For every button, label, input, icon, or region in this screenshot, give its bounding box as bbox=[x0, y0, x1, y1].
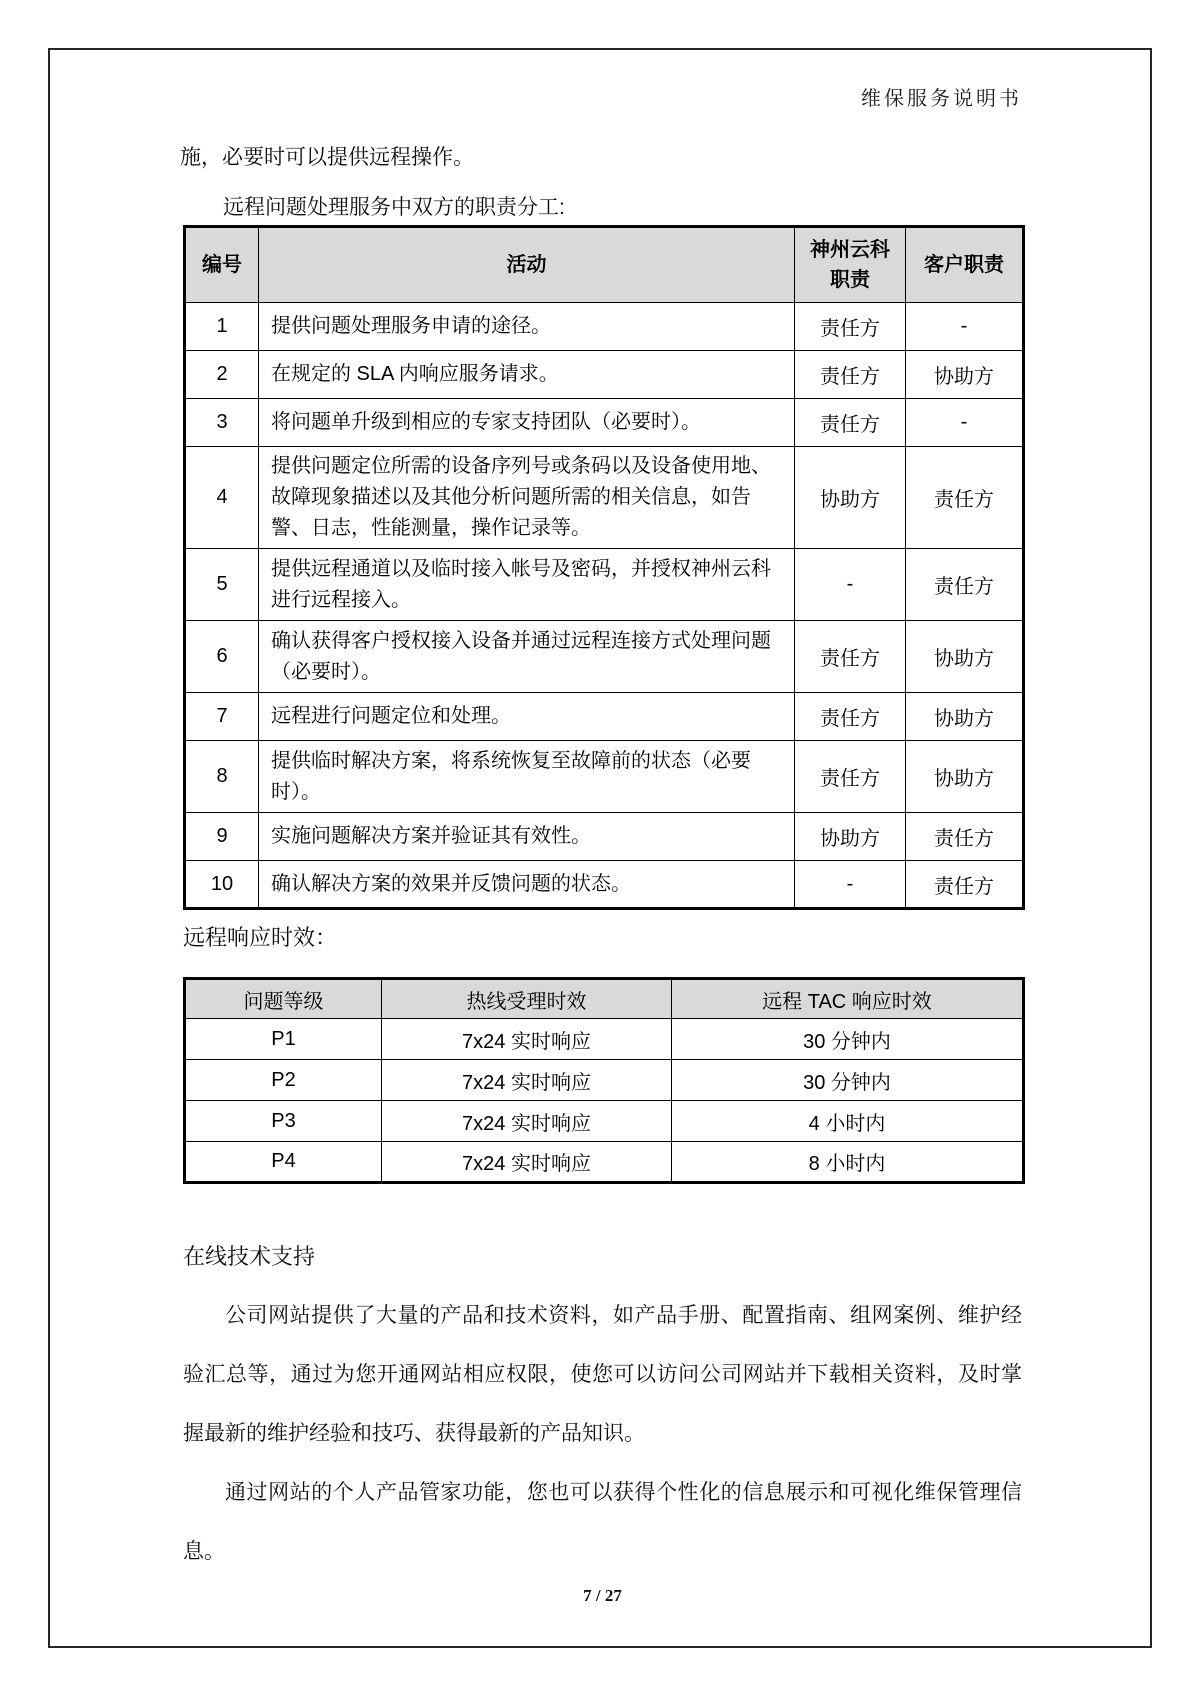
responsibility-row: 6 确认获得客户授权接入设备并通过远程连接方式处理问题（必要时）。 责任方 协助… bbox=[185, 621, 1024, 693]
row-number-cell: 9 bbox=[185, 813, 259, 861]
hotline-cell: 7x24 实时响应 bbox=[382, 1101, 672, 1142]
customer-role-cell: 协助方 bbox=[906, 693, 1024, 741]
col-header-activity: 活动 bbox=[259, 227, 795, 303]
activity-cell: 提供问题处理服务申请的途径。 bbox=[259, 303, 795, 351]
responsibility-row: 8 提供临时解决方案，将系统恢复至故障前的状态（必要时）。 责任方 协助方 bbox=[185, 741, 1024, 813]
hotline-cell: 7x24 实时响应 bbox=[382, 1019, 672, 1060]
vendor-role-cell: 责任方 bbox=[795, 351, 906, 399]
responsibility-row: 5 提供远程通道以及临时接入帐号及密码，并授权神州云科进行远程接入。 - 责任方 bbox=[185, 549, 1024, 621]
row-number-cell: 1 bbox=[185, 303, 259, 351]
response-time-row: P3 7x24 实时响应 4 小时内 bbox=[185, 1101, 1024, 1142]
page-number: 7 / 27 bbox=[183, 1586, 1022, 1606]
col-header-vendor-line1: 神州云科 bbox=[795, 235, 905, 265]
activity-cell: 提供问题定位所需的设备序列号或条码以及设备使用地、故障现象描述以及其他分析问题所… bbox=[259, 447, 795, 549]
col-header-customer-role: 客户职责 bbox=[906, 227, 1024, 303]
row-number-cell: 6 bbox=[185, 621, 259, 693]
customer-role-cell: 责任方 bbox=[906, 813, 1024, 861]
response-time-row: P1 7x24 实时响应 30 分钟内 bbox=[185, 1019, 1024, 1060]
col-header-vendor-role: 神州云科 职责 bbox=[795, 227, 906, 303]
customer-role-cell: 协助方 bbox=[906, 621, 1024, 693]
responsibility-row: 7 远程进行问题定位和处理。 责任方 协助方 bbox=[185, 693, 1024, 741]
vendor-role-cell: 责任方 bbox=[795, 693, 906, 741]
row-number-cell: 10 bbox=[185, 861, 259, 909]
customer-role-cell: - bbox=[906, 303, 1024, 351]
customer-role-cell: 责任方 bbox=[906, 447, 1024, 549]
response-time-row: P2 7x24 实时响应 30 分钟内 bbox=[185, 1060, 1024, 1101]
tac-cell: 8 小时内 bbox=[672, 1142, 1024, 1183]
vendor-role-cell: 协助方 bbox=[795, 447, 906, 549]
activity-cell: 在规定的 SLA 内响应服务请求。 bbox=[259, 351, 795, 399]
customer-role-cell: 责任方 bbox=[906, 861, 1024, 909]
vendor-role-cell: 责任方 bbox=[795, 303, 906, 351]
responsibility-row: 4 提供问题定位所需的设备序列号或条码以及设备使用地、故障现象描述以及其他分析问… bbox=[185, 447, 1024, 549]
col-header-hotline: 热线受理时效 bbox=[382, 979, 672, 1019]
vendor-role-cell: 责任方 bbox=[795, 399, 906, 447]
responsibility-table: 编号 活动 神州云科 职责 客户职责 1 提供问题处理服务申请的途径。 责任方 … bbox=[183, 225, 1025, 910]
responsibility-row: 2 在规定的 SLA 内响应服务请求。 责任方 协助方 bbox=[185, 351, 1024, 399]
row-number-cell: 7 bbox=[185, 693, 259, 741]
vendor-role-cell: 责任方 bbox=[795, 741, 906, 813]
tac-cell: 30 分钟内 bbox=[672, 1019, 1024, 1060]
activity-cell: 确认解决方案的效果并反馈问题的状态。 bbox=[259, 861, 795, 909]
online-support-paragraphs: 公司网站提供了大量的产品和技术资料，如产品手册、配置指南、组网案例、维护经验汇总… bbox=[183, 1286, 1022, 1581]
customer-role-cell: 协助方 bbox=[906, 351, 1024, 399]
problem-level-cell: P1 bbox=[185, 1019, 382, 1060]
response-time-table: 问题等级 热线受理时效 远程 TAC 响应时效 P1 7x24 实时响应 30 … bbox=[183, 977, 1025, 1184]
support-paragraph-1: 公司网站提供了大量的产品和技术资料，如产品手册、配置指南、组网案例、维护经验汇总… bbox=[183, 1286, 1022, 1463]
problem-level-cell: P4 bbox=[185, 1142, 382, 1183]
intro-paragraph: 施，必要时可以提供远程操作。 bbox=[180, 141, 1040, 171]
responsibility-header-row: 编号 活动 神州云科 职责 客户职责 bbox=[185, 227, 1024, 303]
activity-cell: 确认获得客户授权接入设备并通过远程连接方式处理问题（必要时）。 bbox=[259, 621, 795, 693]
hotline-cell: 7x24 实时响应 bbox=[382, 1142, 672, 1183]
vendor-role-cell: - bbox=[795, 549, 906, 621]
document-header-title: 维保服务说明书 bbox=[183, 82, 1022, 111]
customer-role-cell: 协助方 bbox=[906, 741, 1024, 813]
vendor-role-cell: 责任方 bbox=[795, 621, 906, 693]
problem-level-cell: P2 bbox=[185, 1060, 382, 1101]
vendor-role-cell: 协助方 bbox=[795, 813, 906, 861]
customer-role-cell: - bbox=[906, 399, 1024, 447]
customer-role-cell: 责任方 bbox=[906, 549, 1024, 621]
response-time-row: P4 7x24 实时响应 8 小时内 bbox=[185, 1142, 1024, 1183]
responsibility-table-caption: 远程问题处理服务中双方的职责分工: bbox=[223, 191, 1043, 221]
responsibility-row: 10 确认解决方案的效果并反馈问题的状态。 - 责任方 bbox=[185, 861, 1024, 909]
remote-response-heading: 远程响应时效： bbox=[183, 921, 337, 952]
col-header-vendor-line2: 职责 bbox=[795, 265, 905, 295]
col-header-tac: 远程 TAC 响应时效 bbox=[672, 979, 1024, 1019]
response-time-header-row: 问题等级 热线受理时效 远程 TAC 响应时效 bbox=[185, 979, 1024, 1019]
responsibility-row: 9 实施问题解决方案并验证其有效性。 协助方 责任方 bbox=[185, 813, 1024, 861]
col-header-number: 编号 bbox=[185, 227, 259, 303]
col-header-problem-level: 问题等级 bbox=[185, 979, 382, 1019]
responsibility-row: 3 将问题单升级到相应的专家支持团队（必要时）。 责任方 - bbox=[185, 399, 1024, 447]
hotline-cell: 7x24 实时响应 bbox=[382, 1060, 672, 1101]
problem-level-cell: P3 bbox=[185, 1101, 382, 1142]
activity-cell: 将问题单升级到相应的专家支持团队（必要时）。 bbox=[259, 399, 795, 447]
online-support-heading: 在线技术支持 bbox=[183, 1240, 315, 1271]
row-number-cell: 5 bbox=[185, 549, 259, 621]
responsibility-row: 1 提供问题处理服务申请的途径。 责任方 - bbox=[185, 303, 1024, 351]
tac-cell: 30 分钟内 bbox=[672, 1060, 1024, 1101]
activity-cell: 提供临时解决方案，将系统恢复至故障前的状态（必要时）。 bbox=[259, 741, 795, 813]
row-number-cell: 4 bbox=[185, 447, 259, 549]
activity-cell: 提供远程通道以及临时接入帐号及密码，并授权神州云科进行远程接入。 bbox=[259, 549, 795, 621]
row-number-cell: 3 bbox=[185, 399, 259, 447]
row-number-cell: 8 bbox=[185, 741, 259, 813]
activity-cell: 远程进行问题定位和处理。 bbox=[259, 693, 795, 741]
tac-cell: 4 小时内 bbox=[672, 1101, 1024, 1142]
vendor-role-cell: - bbox=[795, 861, 906, 909]
activity-cell: 实施问题解决方案并验证其有效性。 bbox=[259, 813, 795, 861]
row-number-cell: 2 bbox=[185, 351, 259, 399]
support-paragraph-2: 通过网站的个人产品管家功能，您也可以获得个性化的信息展示和可视化维保管理信息。 bbox=[183, 1463, 1022, 1581]
